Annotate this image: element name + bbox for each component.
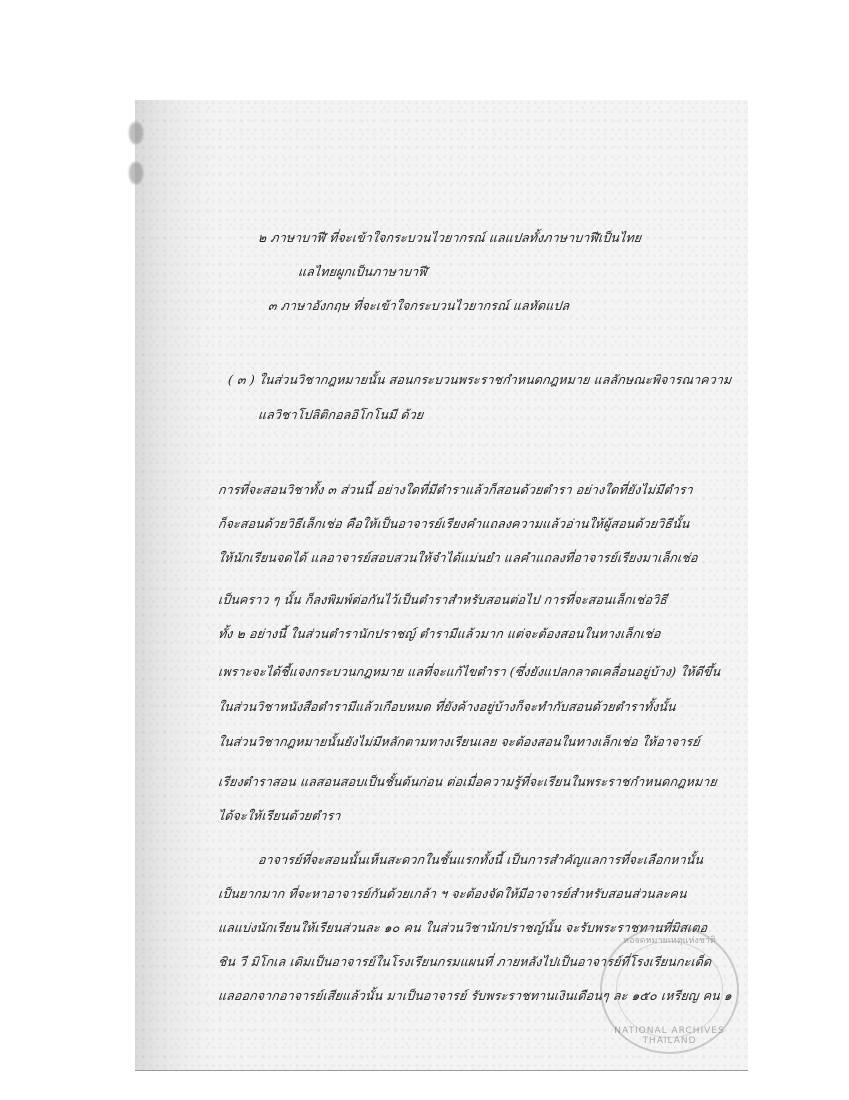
paper-tear	[129, 122, 143, 144]
text-line: ทั้ง ๒ อย่างนี้ ในส่วนตำรานักปราชญ์ ตำรา…	[217, 624, 662, 644]
text-line: ในส่วนวิชาหนังสือตำรามีแล้วเกือบหมด ที่ย…	[217, 697, 677, 717]
stamp-bottom-text: NATIONAL ARCHIVES THAILAND	[602, 1026, 737, 1046]
text-line: เป็นคราว ๆ นั้น ก็ลงพิมพ์ต่อกันไว้เป็นตำ…	[217, 590, 668, 610]
text-line: ให้นักเรียนจดได้ แลอาจารย์สอบสวนให้จำได้…	[217, 548, 699, 568]
text-line: เป็นยากมาก ที่จะหาอาจารย์กันด้วยเกล้า ฯ …	[217, 884, 688, 904]
text-line: เรียงตำราสอน แลสอนสอบเป็นชั้นต้นก่อน ต่อ…	[217, 772, 718, 792]
text-line: การที่จะสอนวิชาทั้ง ๓ ส่วนนี้ อย่างใดที่…	[217, 480, 694, 500]
text-line: ในส่วนวิชากฎหมายนั้นยังไม่มีหลักตามทางเร…	[217, 732, 701, 752]
text-line: เพราะจะได้ชี้แจงกระบวนกฎหมาย แลที่จะแก้ไ…	[217, 662, 721, 682]
text-line: อาจารย์ที่จะสอนนั้นเห็นสะดวกในชั้นแรกทั้…	[257, 850, 704, 870]
text-line: ได้จะให้เรียนด้วยตำรา	[217, 806, 342, 826]
stamp-top-text: หอจดหมายเหตุแห่งชาติ	[602, 933, 737, 947]
paper-tear	[129, 162, 143, 184]
text-line: แลวิชาโปลิติกอลอิโกโนมี ด้วย	[257, 405, 424, 425]
text-line: แลไทยผูกเป็นภาษาบาฬี	[297, 262, 428, 282]
text-line: ๓ ภาษาอังกฤษ ที่จะเข้าใจกระบวนไวยากรณ์ แ…	[267, 296, 570, 316]
text-line: ก็จะสอนด้วยวิธีเล็กเช่อ คือให้เป็นอาจารย…	[217, 514, 691, 534]
text-line: ๒ ภาษาบาฬี ที่จะเข้าใจกระบวนไวยากรณ์ แลแ…	[257, 228, 642, 248]
stamp-inner-ring	[616, 941, 723, 1038]
archive-stamp: หอจดหมายเหตุแห่งชาติ NATIONAL ARCHIVES T…	[600, 925, 739, 1054]
text-line: ( ๓ ) ในส่วนวิชากฎหมายนั้น สอนกระบวนพระร…	[227, 370, 732, 390]
